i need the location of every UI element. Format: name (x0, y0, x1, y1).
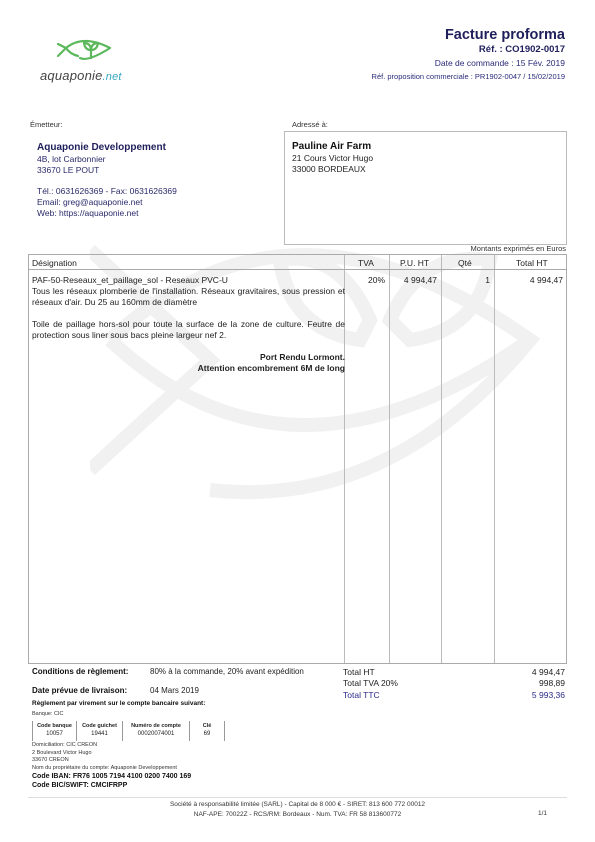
header-designation: Désignation (32, 258, 77, 268)
iban-block: Code IBAN: FR76 1005 7194 4100 0200 7400… (32, 772, 191, 790)
header-qty: Qté (458, 258, 472, 268)
table-header-row: Désignation TVA P.U. HT Qté Total HT (29, 255, 566, 270)
footer-divider (28, 797, 567, 798)
bic-code: Code BIC/SWIFT: CMCIFRPP (32, 781, 191, 790)
item-description-1: Tous les réseaux plomberie de l'installa… (32, 286, 345, 308)
header-total-ht: Total HT (516, 258, 548, 268)
total-tva-value: 998,89 (539, 678, 565, 688)
logo-tld: .net (103, 71, 122, 83)
header-tva: TVA (358, 258, 374, 268)
item-title: PAF-50-Reseaux_et_paillage_sol - Reseaux… (32, 275, 345, 286)
item-tva: 20% (368, 275, 385, 286)
order-date: Date de commande : 15 Fév. 2019 (435, 58, 565, 68)
branch-code-cell: Code guichet19441 (76, 721, 122, 741)
item-qty: 1 (485, 275, 490, 286)
page-number: 1/1 (538, 810, 547, 817)
logo-brand: aquaponie (40, 68, 103, 83)
emitter-block: Aquaponie Developpement 4B, lot Carbonni… (37, 142, 177, 219)
logo-wordmark: aquaponie.net (40, 68, 122, 83)
item-pu-ht: 4 994,47 (404, 275, 437, 286)
account-owner: Nom du propriétaire du compte: Aquaponie… (32, 765, 177, 773)
bank-address-block: Domiciliation: CIC CREON 2 Boulevard Vic… (32, 742, 177, 772)
document-title: Facture proforma (445, 27, 565, 43)
item-note-2: Attention encombrement 6M de long (32, 363, 345, 374)
delivery-date-value: 04 Mars 2019 (150, 686, 199, 695)
footer-line2: NAF-APE: 70022Z - RCS/RM: Bordeaux - Num… (0, 810, 595, 820)
item-note-1: Port Rendu Lormont. (32, 352, 345, 363)
iban-code: Code IBAN: FR76 1005 7194 4100 0200 7400… (32, 772, 191, 781)
proposal-reference: Réf. proposition commerciale : PR1902-00… (372, 72, 565, 81)
bank-name: Banque: CIC (32, 711, 64, 717)
total-ttc-value: 5 993,36 (532, 690, 565, 700)
total-tva-label: Total TVA 20% (343, 678, 398, 688)
recipient-block: Pauline Air Farm 21 Cours Victor Hugo 33… (284, 131, 567, 245)
total-ttc-label: Total TTC (343, 690, 380, 700)
item-description-2: Toile de paillage hors-sol pour toute la… (32, 319, 345, 341)
items-table: Désignation TVA P.U. HT Qté Total HT PAF… (28, 254, 567, 664)
delivery-date-label: Date prévue de livraison: (32, 686, 127, 695)
invoice-reference: Réf. : CO1902-0017 (479, 44, 565, 55)
recipient-address-line2: 33000 BORDEAUX (292, 164, 559, 175)
footer-line1: Société à responsabilité limitée (SARL) … (0, 800, 595, 810)
recipient-label: Adressé à: (292, 120, 328, 129)
header-pu-ht: P.U. HT (400, 258, 429, 268)
total-ht-label: Total HT (343, 667, 375, 677)
emitter-phone-fax: Tél.: 0631626369 - Fax: 0631626369 (37, 186, 177, 197)
rib-key-cell: Clé69 (189, 721, 225, 741)
footer-legal: Société à responsabilité limitée (SARL) … (0, 800, 595, 820)
emitter-web: Web: https://aquaponie.net (37, 208, 177, 219)
bank-address-line1: 2 Boulevard Victor Hugo (32, 750, 177, 758)
recipient-name: Pauline Air Farm (292, 141, 559, 152)
bank-domiciliation: Domiciliation: CIC CREON (32, 742, 177, 750)
emitter-address-line1: 4B, lot Carbonnier (37, 154, 177, 165)
item-total-ht: 4 994,47 (530, 275, 563, 286)
currency-note: Montants exprimés en Euros (471, 244, 566, 253)
account-number-cell: Numéro de compte00020074001 (122, 721, 189, 741)
bank-transfer-title: Règlement par virement sur le compte ban… (32, 700, 205, 707)
column-divider (494, 255, 495, 663)
emitter-label: Émetteur: (30, 120, 63, 129)
bank-code-cell: Code banque10057 (32, 721, 76, 741)
emitter-address-line2: 33670 LE POUT (37, 165, 177, 176)
table-row-designation: PAF-50-Reseaux_et_paillage_sol - Reseaux… (32, 275, 345, 374)
emitter-email: Email: greg@aquaponie.net (37, 197, 177, 208)
recipient-address-line1: 21 Cours Victor Hugo (292, 153, 559, 164)
column-divider (389, 255, 390, 663)
bank-details-table: Code banque10057 Code guichet19441 Numér… (32, 721, 225, 741)
payment-terms-value: 80% à la commande, 20% avant expédition (150, 667, 304, 676)
emitter-name: Aquaponie Developpement (37, 142, 177, 153)
bank-address-line2: 33670 CREON (32, 757, 177, 765)
total-ht-value: 4 994,47 (532, 667, 565, 677)
column-divider (441, 255, 442, 663)
payment-terms-label: Conditions de règlement: (32, 667, 128, 676)
